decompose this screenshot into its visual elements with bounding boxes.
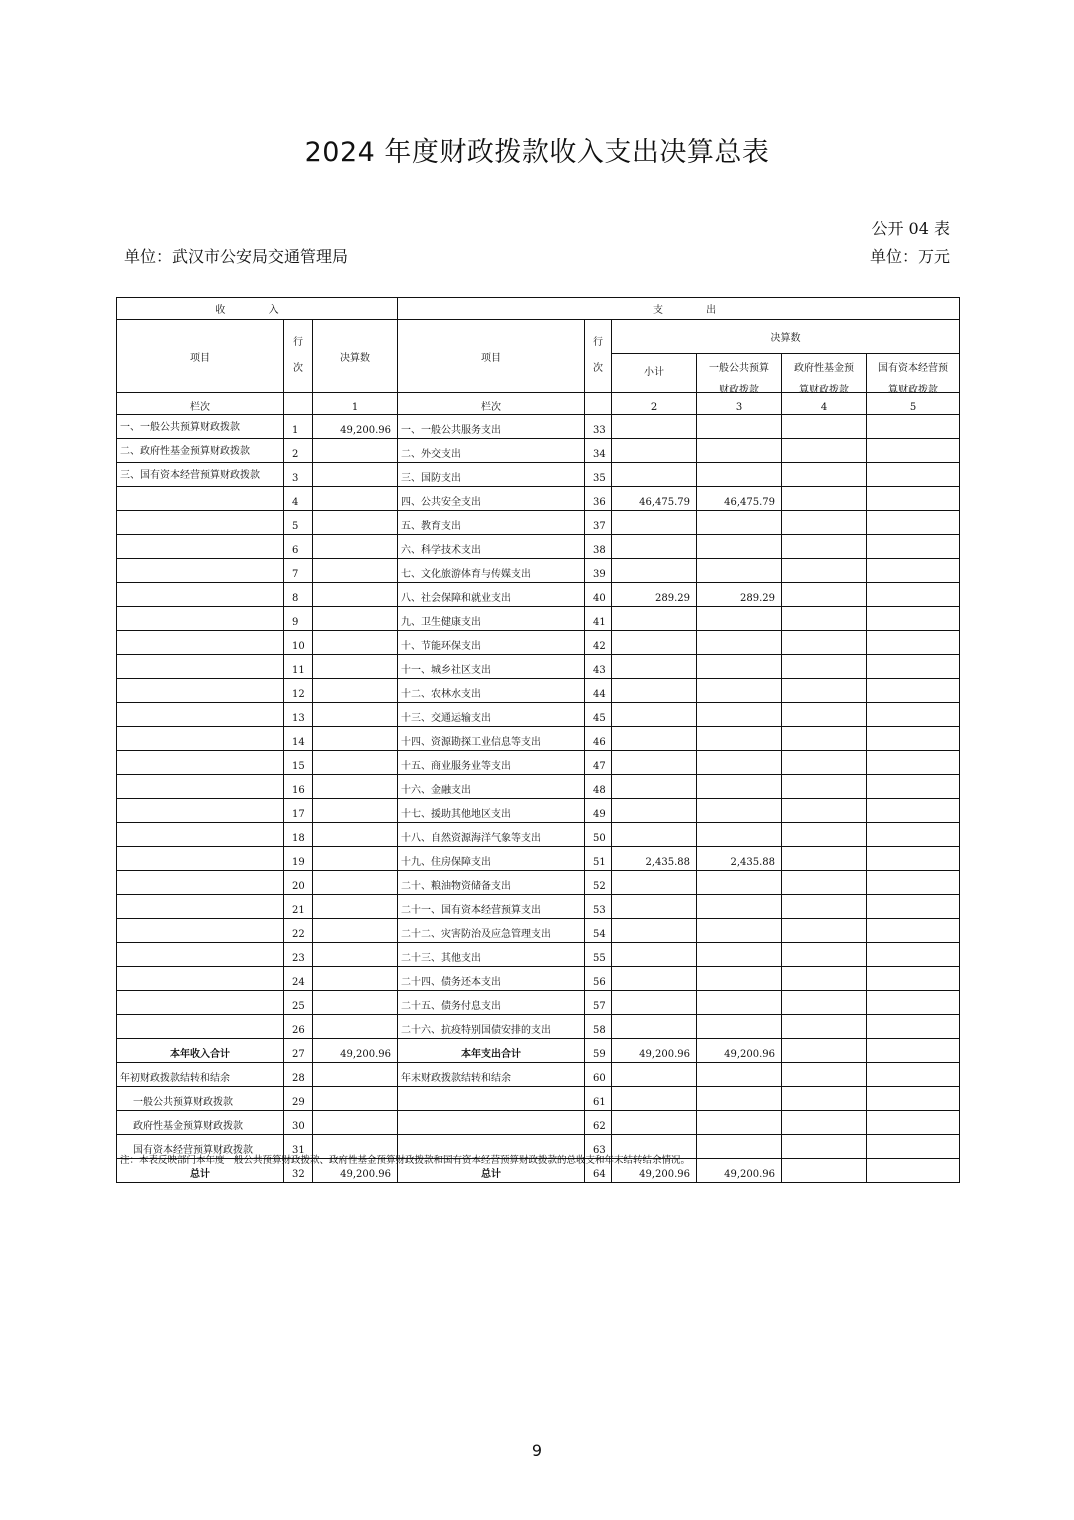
income-amount-cell [313,559,398,583]
expense-row-no-cell: 58 [585,1015,612,1039]
currency-unit: 单位：万元 [870,244,950,267]
expense-subtotal-cell [612,535,697,559]
expense-row-no-cell: 62 [585,1111,612,1135]
expense-general-budget-cell [697,559,782,583]
expense-state-capital-cell [867,967,960,991]
expense-item-cell: 十三、交通运输支出 [398,703,585,727]
table-row: 年初财政拨款结转和结余28年末财政拨款结转和结余60 [117,1063,960,1087]
expense-item-cell: 十八、自然资源海洋气象等支出 [398,823,585,847]
table-row: 24二十四、债务还本支出56 [117,967,960,991]
expense-state-capital-cell [867,631,960,655]
table-row: 9九、卫生健康支出41 [117,607,960,631]
expense-gov-fund-cell [782,1111,867,1135]
table-row: 10十、节能环保支出42 [117,631,960,655]
expense-row-no-cell: 50 [585,823,612,847]
expense-state-capital-cell [867,751,960,775]
expense-state-capital-cell [867,463,960,487]
income-item-cell [117,919,284,943]
table-row: 二、政府性基金预算财政拨款2二、外交支出34 [117,439,960,463]
state-capital-header: 国有资本经营预算财政拨款 [867,354,960,393]
income-amount-cell [313,847,398,871]
expense-row-no-cell: 59 [585,1039,612,1063]
income-row-no-cell: 24 [284,967,313,991]
expense-item-cell: 二、外交支出 [398,439,585,463]
expense-item-cell: 三、国防支出 [398,463,585,487]
income-row-no-cell: 29 [284,1087,313,1111]
income-amount-cell [313,487,398,511]
expense-row-no-cell: 35 [585,463,612,487]
income-item-cell: 三、国有资本经营预算财政拨款 [117,463,284,487]
expense-general-budget-cell [697,1111,782,1135]
income-item-cell: 政府性基金预算财政拨款 [117,1111,284,1135]
income-item-cell: 本年收入合计 [117,1039,284,1063]
expense-item-cell: 二十一、国有资本经营预算支出 [398,895,585,919]
expense-item-cell: 二十二、灾害防治及应急管理支出 [398,919,585,943]
table-row: 4四、公共安全支出3646,475.7946,475.79 [117,487,960,511]
index-col-5: 5 [867,393,960,415]
table-row: 14十四、资源勘探工业信息等支出46 [117,727,960,751]
expense-item-header: 项目 [398,320,585,393]
table-body: 一、一般公共预算财政拨款149,200.96一、一般公共服务支出33二、政府性基… [117,415,960,1183]
expense-item-cell: 一、一般公共服务支出 [398,415,585,439]
income-row-no-cell: 19 [284,847,313,871]
expense-item-cell: 十六、金融支出 [398,775,585,799]
page-number: 9 [0,1441,1074,1460]
expense-gov-fund-cell [782,895,867,919]
income-row-no-cell: 12 [284,679,313,703]
expense-row-no-cell: 46 [585,727,612,751]
expense-general-budget-cell: 2,435.88 [697,847,782,871]
income-row-no-cell: 10 [284,631,313,655]
expense-state-capital-cell [867,895,960,919]
expense-gov-fund-cell [782,991,867,1015]
income-item-cell [117,775,284,799]
expense-item-cell [398,1111,585,1135]
expense-item-cell: 七、文化旅游体育与传媒支出 [398,559,585,583]
expense-row-no-cell: 45 [585,703,612,727]
expense-amount-group-header: 决算数 [612,320,960,354]
income-row-no-cell: 14 [284,727,313,751]
table-row: 17十七、援助其他地区支出49 [117,799,960,823]
expense-subtotal-cell: 289.29 [612,583,697,607]
income-row-no-cell: 26 [284,1015,313,1039]
expense-gov-fund-cell [782,847,867,871]
expense-state-capital-cell [867,679,960,703]
income-amount-cell [313,1015,398,1039]
expense-state-capital-cell [867,871,960,895]
expense-subtotal-cell [612,559,697,583]
expense-item-cell: 十七、援助其他地区支出 [398,799,585,823]
table-footnote: 注：本表反映部门本年度一般公共预算财政拨款、政府性基金预算财政拨款和国有资本经营… [120,1152,690,1166]
expense-state-capital-cell [867,655,960,679]
expense-item-cell: 五、教育支出 [398,511,585,535]
index-col-1: 1 [313,393,398,415]
expense-item-cell: 二十六、抗疫特别国债安排的支出 [398,1015,585,1039]
expense-general-budget-cell [697,415,782,439]
expense-gov-fund-cell [782,703,867,727]
expense-gov-fund-cell [782,823,867,847]
subtotal-header: 小计 [612,354,697,393]
income-amount-cell [313,991,398,1015]
expense-general-budget-cell [697,655,782,679]
expense-item-cell: 十五、商业服务业等支出 [398,751,585,775]
index-exp-blank [585,393,612,415]
expense-row-no-cell: 54 [585,919,612,943]
income-row-no-cell: 30 [284,1111,313,1135]
income-item-cell [117,487,284,511]
expense-subtotal-cell: 46,475.79 [612,487,697,511]
income-amount-cell [313,583,398,607]
expense-row-no-cell: 55 [585,943,612,967]
expense-row-no-cell: 38 [585,535,612,559]
income-row-no-cell: 20 [284,871,313,895]
fiscal-summary-table: 收 入 支 出 项目 行次 决算数 项目 行次 决算数 小计 一般公共预算财政拨… [116,297,960,1183]
expense-item-cell: 二十五、债务付息支出 [398,991,585,1015]
expense-state-capital-cell [867,847,960,871]
table-row: 6六、科学技术支出38 [117,535,960,559]
expense-state-capital-cell [867,1015,960,1039]
index-col-4: 4 [782,393,867,415]
expense-subtotal-cell [612,751,697,775]
expense-state-capital-cell [867,1135,960,1159]
income-row-no-cell: 2 [284,439,313,463]
expense-state-capital-cell [867,535,960,559]
income-amount-cell [313,967,398,991]
table-row: 25二十五、债务付息支出57 [117,991,960,1015]
table-row: 26二十六、抗疫特别国债安排的支出58 [117,1015,960,1039]
income-item-cell [117,679,284,703]
expense-general-budget-cell [697,439,782,463]
income-item-cell [117,871,284,895]
expense-subtotal-cell [612,679,697,703]
income-amount-cell [313,871,398,895]
income-item-cell [117,655,284,679]
income-amount-cell [313,727,398,751]
table-row: 11十一、城乡社区支出43 [117,655,960,679]
table-row: 政府性基金预算财政拨款3062 [117,1111,960,1135]
expense-state-capital-cell [867,919,960,943]
expense-row-no-cell: 37 [585,511,612,535]
income-item-cell: 一般公共预算财政拨款 [117,1087,284,1111]
expense-subtotal-cell [612,655,697,679]
income-amount-cell [313,1063,398,1087]
income-item-cell [117,535,284,559]
table-row: 本年收入合计2749,200.96本年支出合计5949,200.9649,200… [117,1039,960,1063]
expense-general-budget-cell [697,535,782,559]
expense-general-budget-cell [697,895,782,919]
table-group-header-row: 收 入 支 出 [117,298,960,320]
expense-state-capital-cell [867,703,960,727]
expense-row-no-cell: 48 [585,775,612,799]
expense-subtotal-cell: 49,200.96 [612,1039,697,1063]
expense-general-budget-cell [697,943,782,967]
income-amount-cell [313,439,398,463]
expense-group-header: 支 出 [398,298,960,320]
expense-subtotal-cell [612,823,697,847]
income-amount-cell [313,895,398,919]
income-item-cell [117,607,284,631]
expense-gov-fund-cell [782,775,867,799]
table-row: 一、一般公共预算财政拨款149,200.96一、一般公共服务支出33 [117,415,960,439]
expense-state-capital-cell [867,1159,960,1183]
table-row: 22二十二、灾害防治及应急管理支出54 [117,919,960,943]
expense-general-budget-cell [697,463,782,487]
expense-gov-fund-cell [782,631,867,655]
income-amount-cell [313,751,398,775]
expense-row-no-cell: 33 [585,415,612,439]
income-amount-cell [313,1111,398,1135]
expense-row-no-cell: 41 [585,607,612,631]
income-row-no-cell: 9 [284,607,313,631]
expense-gov-fund-cell [782,919,867,943]
expense-row-no-cell: 40 [585,583,612,607]
income-item-cell: 一、一般公共预算财政拨款 [117,415,284,439]
expense-row-no-cell: 52 [585,871,612,895]
income-amount-cell [313,655,398,679]
expense-general-budget-cell: 49,200.96 [697,1039,782,1063]
expense-state-capital-cell [867,487,960,511]
expense-subtotal-cell [612,607,697,631]
expense-general-budget-cell [697,727,782,751]
income-item-cell [117,559,284,583]
expense-general-budget-cell: 49,200.96 [697,1159,782,1183]
table-row: 13十三、交通运输支出45 [117,703,960,727]
income-amount-cell [313,799,398,823]
expense-general-budget-cell [697,871,782,895]
income-row-no-cell: 25 [284,991,313,1015]
expense-item-cell: 八、社会保障和就业支出 [398,583,585,607]
table-row: 20二十、粮油物资储备支出52 [117,871,960,895]
income-row-no-cell: 16 [284,775,313,799]
expense-state-capital-cell [867,799,960,823]
expense-row-no-cell: 36 [585,487,612,511]
income-item-cell [117,799,284,823]
expense-gov-fund-cell [782,1087,867,1111]
expense-row-no-cell: 61 [585,1087,612,1111]
index-col-3: 3 [697,393,782,415]
table-row: 16十六、金融支出48 [117,775,960,799]
expense-subtotal-cell [612,799,697,823]
expense-gov-fund-cell [782,799,867,823]
expense-subtotal-cell [612,919,697,943]
income-item-cell: 年初财政拨款结转和结余 [117,1063,284,1087]
expense-gov-fund-cell [782,415,867,439]
expense-gov-fund-cell [782,463,867,487]
income-item-header: 项目 [117,320,284,393]
expense-general-budget-cell [697,967,782,991]
expense-general-budget-cell [697,991,782,1015]
expense-subtotal-cell [612,775,697,799]
income-item-cell [117,967,284,991]
expense-general-budget-cell [697,607,782,631]
income-row-no-cell: 18 [284,823,313,847]
expense-gov-fund-cell [782,655,867,679]
income-amount-cell: 49,200.96 [313,415,398,439]
column-index-row: 栏次 1 栏次 2 3 4 5 [117,393,960,415]
expense-general-budget-cell: 46,475.79 [697,487,782,511]
expense-gov-fund-cell [782,1039,867,1063]
index-exp-label: 栏次 [398,393,585,415]
income-row-no-cell: 3 [284,463,313,487]
expense-gov-fund-cell [782,583,867,607]
income-row-no-cell: 15 [284,751,313,775]
expense-subtotal-cell [612,631,697,655]
expense-state-capital-cell [867,1063,960,1087]
expense-state-capital-cell [867,1039,960,1063]
income-row-no-cell: 22 [284,919,313,943]
expense-subtotal-cell [612,1111,697,1135]
income-amount-cell [313,679,398,703]
expense-row-no-header: 行次 [585,320,612,393]
expense-row-no-cell: 53 [585,895,612,919]
income-item-cell [117,751,284,775]
income-row-no-cell: 1 [284,415,313,439]
table-column-header-row: 项目 行次 决算数 项目 行次 决算数 [117,320,960,354]
income-row-no-cell: 5 [284,511,313,535]
expense-general-budget-cell [697,919,782,943]
table-row: 12十二、农林水支出44 [117,679,960,703]
expense-gov-fund-cell [782,439,867,463]
income-amount-cell [313,823,398,847]
index-blank [284,393,313,415]
expense-item-cell: 十、节能环保支出 [398,631,585,655]
table-row: 23二十三、其他支出55 [117,943,960,967]
expense-general-budget-cell [697,703,782,727]
index-col-2: 2 [612,393,697,415]
expense-subtotal-cell [612,1087,697,1111]
income-item-cell [117,703,284,727]
gov-fund-header: 政府性基金预算财政拨款 [782,354,867,393]
income-item-cell [117,511,284,535]
expense-subtotal-cell [612,511,697,535]
expense-gov-fund-cell [782,943,867,967]
expense-gov-fund-cell [782,1135,867,1159]
income-amount-cell [313,943,398,967]
income-amount-cell [313,607,398,631]
income-amount-cell [313,1087,398,1111]
expense-row-no-cell: 51 [585,847,612,871]
expense-subtotal-cell [612,439,697,463]
income-item-cell [117,727,284,751]
expense-gov-fund-cell [782,1063,867,1087]
income-amount-cell [313,511,398,535]
expense-gov-fund-cell [782,535,867,559]
income-row-no-cell: 21 [284,895,313,919]
expense-gov-fund-cell [782,1015,867,1039]
income-row-no-cell: 13 [284,703,313,727]
income-item-cell [117,1015,284,1039]
table-row: 15十五、商业服务业等支出47 [117,751,960,775]
expense-gov-fund-cell [782,751,867,775]
expense-row-no-cell: 57 [585,991,612,1015]
income-row-no-cell: 8 [284,583,313,607]
expense-row-no-cell: 60 [585,1063,612,1087]
expense-item-cell: 六、科学技术支出 [398,535,585,559]
table-row: 三、国有资本经营预算财政拨款3三、国防支出35 [117,463,960,487]
income-amount-cell [313,703,398,727]
table-row: 18十八、自然资源海洋气象等支出50 [117,823,960,847]
expense-general-budget-cell [697,511,782,535]
expense-general-budget-cell [697,799,782,823]
expense-subtotal-cell [612,871,697,895]
income-item-cell [117,631,284,655]
income-amount-header: 决算数 [313,320,398,393]
income-row-no-cell: 4 [284,487,313,511]
income-amount-cell [313,919,398,943]
expense-general-budget-cell [697,1063,782,1087]
expense-item-cell: 二十、粮油物资储备支出 [398,871,585,895]
table-row: 5五、教育支出37 [117,511,960,535]
income-row-no-header: 行次 [284,320,313,393]
expense-gov-fund-cell [782,967,867,991]
income-row-no-cell: 23 [284,943,313,967]
expense-state-capital-cell [867,1087,960,1111]
expense-row-no-cell: 44 [585,679,612,703]
expense-item-cell: 十一、城乡社区支出 [398,655,585,679]
form-number: 公开 04 表 [871,216,950,239]
income-amount-cell [313,631,398,655]
expense-row-no-cell: 42 [585,631,612,655]
expense-item-cell: 十九、住房保障支出 [398,847,585,871]
expense-state-capital-cell [867,1111,960,1135]
income-row-no-cell: 11 [284,655,313,679]
expense-item-cell: 二十三、其他支出 [398,943,585,967]
expense-subtotal-cell [612,943,697,967]
income-item-cell [117,991,284,1015]
expense-state-capital-cell [867,511,960,535]
expense-state-capital-cell [867,607,960,631]
document-title: 2024 年度财政拨款收入支出决算总表 [0,130,1074,169]
income-row-no-cell: 6 [284,535,313,559]
expense-general-budget-cell: 289.29 [697,583,782,607]
expense-subtotal-cell [612,415,697,439]
income-row-no-cell: 27 [284,1039,313,1063]
general-budget-header: 一般公共预算财政拨款 [697,354,782,393]
expense-row-no-cell: 47 [585,751,612,775]
expense-subtotal-cell [612,727,697,751]
expense-state-capital-cell [867,439,960,463]
expense-gov-fund-cell [782,559,867,583]
expense-row-no-cell: 34 [585,439,612,463]
expense-general-budget-cell [697,1015,782,1039]
expense-subtotal-cell [612,1063,697,1087]
expense-gov-fund-cell [782,511,867,535]
expense-subtotal-cell [612,463,697,487]
expense-row-no-cell: 39 [585,559,612,583]
expense-general-budget-cell [697,1087,782,1111]
income-item-cell [117,847,284,871]
expense-general-budget-cell [697,631,782,655]
expense-gov-fund-cell [782,1159,867,1183]
income-row-no-cell: 7 [284,559,313,583]
table-row: 一般公共预算财政拨款2961 [117,1087,960,1111]
income-item-cell: 二、政府性基金预算财政拨款 [117,439,284,463]
income-item-cell [117,583,284,607]
income-row-no-cell: 28 [284,1063,313,1087]
expense-gov-fund-cell [782,727,867,751]
income-item-cell [117,943,284,967]
expense-subtotal-cell [612,703,697,727]
table-row: 21二十一、国有资本经营预算支出53 [117,895,960,919]
income-group-header: 收 入 [117,298,398,320]
income-amount-cell [313,463,398,487]
expense-gov-fund-cell [782,871,867,895]
expense-general-budget-cell [697,1135,782,1159]
expense-gov-fund-cell [782,607,867,631]
expense-general-budget-cell [697,823,782,847]
expense-item-cell: 十二、农林水支出 [398,679,585,703]
expense-state-capital-cell [867,991,960,1015]
